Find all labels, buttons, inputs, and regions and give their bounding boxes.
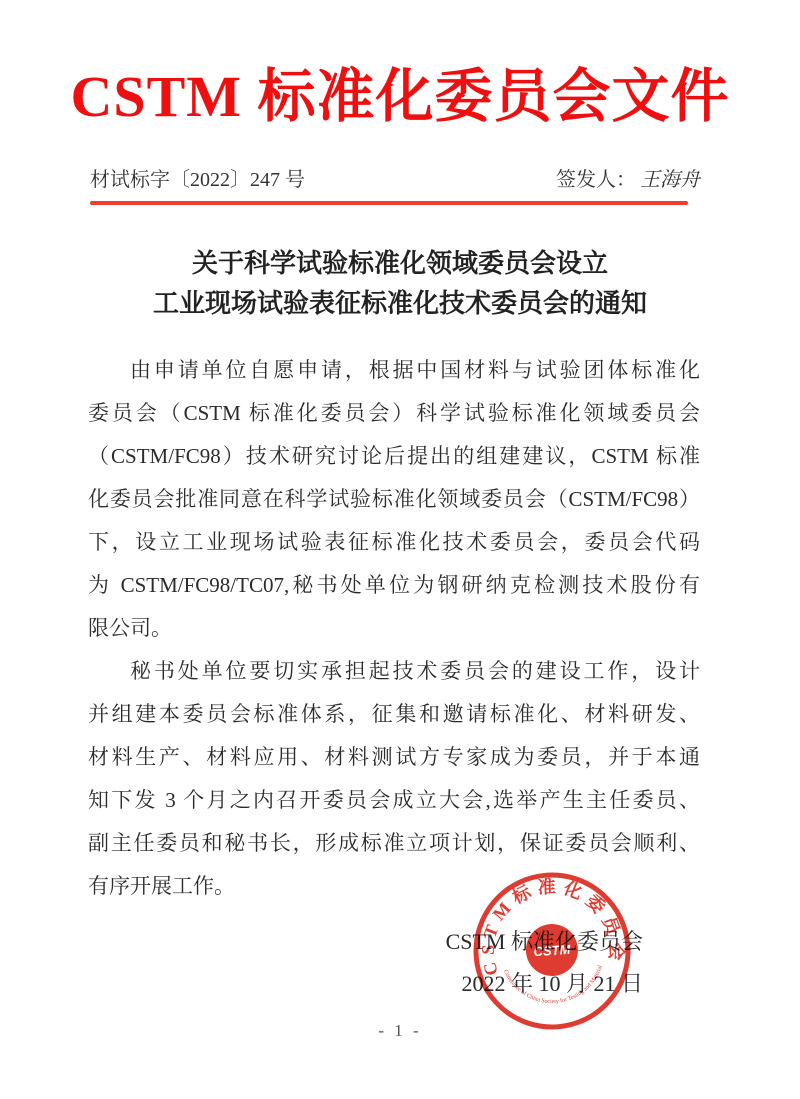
masthead-title: CSTM 标准化委员会文件: [0, 62, 800, 132]
doc-number: 材试标字〔2022〕247 号: [90, 163, 305, 192]
issuer-name: 王海舟: [640, 169, 700, 191]
body-line: 秘书处单位要切实承担起技术委员会的建设工作，设计: [88, 650, 700, 693]
body-line: 化委员会批准同意在科学试验标准化领域委员会（CSTM/FC98）: [88, 478, 700, 521]
body-line: （CSTM/FC98）技术研究讨论后提出的组建建议，CSTM 标准: [88, 435, 700, 478]
official-document-page: CSTM 标准化委员会文件 材试标字〔2022〕247 号 签发人：王海舟 关于…: [0, 0, 800, 1099]
document-title-line1: 关于科学试验标准化领域委员会设立: [0, 244, 800, 284]
body-line: 委员会（CSTM 标准化委员会）科学试验标准化领域委员会: [88, 392, 700, 435]
issuer: 签发人：王海舟: [556, 163, 700, 192]
body-line: 下，设立工业现场试验表征标准化技术委员会，委员会代码: [88, 521, 700, 564]
doc-meta-row: 材试标字〔2022〕247 号 签发人：王海舟: [90, 163, 700, 192]
body-line: 材料生产、材料应用、材料测试方专家成为委员，并于本通: [88, 736, 700, 779]
red-separator-rule: [90, 201, 688, 205]
body-line: 由申请单位自愿申请，根据中国材料与试验团体标准化: [88, 349, 700, 392]
document-title: 关于科学试验标准化领域委员会设立 工业现场试验表征标准化技术委员会的通知: [0, 244, 800, 324]
page-number: - 1 -: [0, 1021, 800, 1041]
document-title-line2: 工业现场试验表征标准化技术委员会的通知: [0, 284, 800, 324]
seal-center-logo: CSTM: [533, 942, 572, 960]
body-line: 限公司。: [88, 607, 700, 650]
official-seal-stamp: CSTM标准化委员会 Committee of China Society fo…: [456, 855, 648, 1047]
body-line: 并组建本委员会标准体系，征集和邀请标准化、材料研发、: [88, 693, 700, 736]
body-line: 为 CSTM/FC98/TC07,秘书处单位为钢研纳克检测技术股份有: [88, 564, 700, 607]
issuer-label: 签发人：: [556, 169, 636, 191]
body-text: 由申请单位自愿申请，根据中国材料与试验团体标准化 委员会（CSTM 标准化委员会…: [88, 349, 700, 908]
body-line: 知下发 3 个月之内召开委员会成立大会,选举产生主任委员、: [88, 779, 700, 822]
